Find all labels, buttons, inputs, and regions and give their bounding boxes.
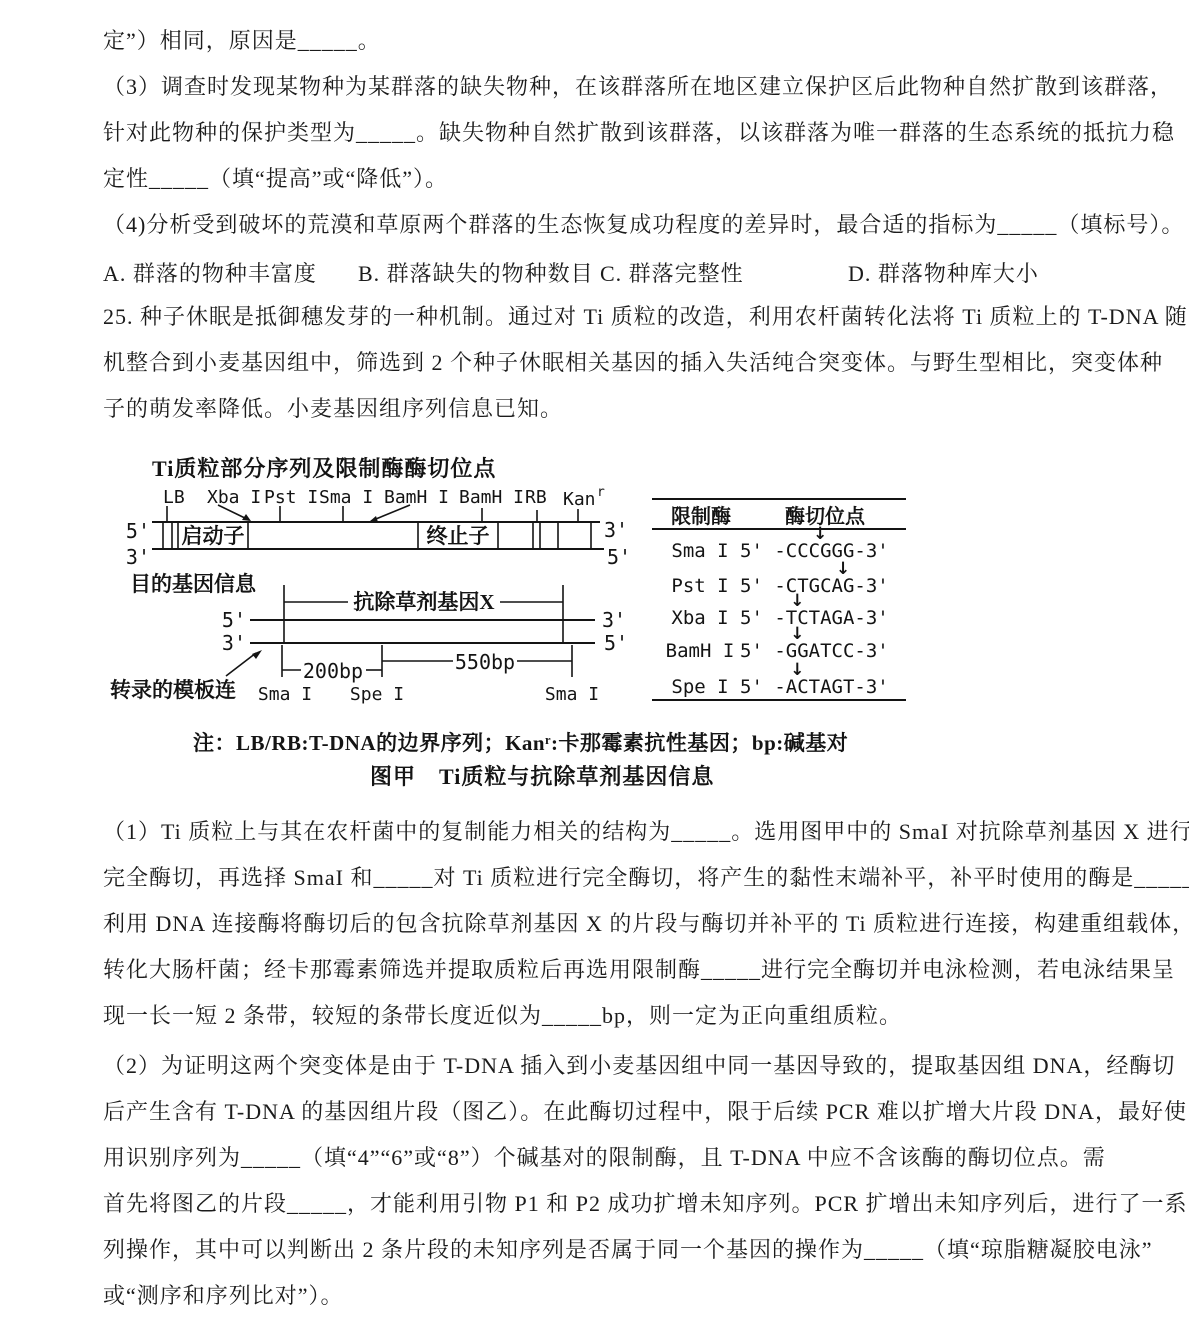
terminator-box-label: 终止子 bbox=[427, 524, 490, 548]
option-a: A. 群落的物种丰富度 bbox=[103, 257, 317, 288]
q25-part2-line3: 用识别序列为_____（填“4”“6”或“8”）个碱基对的限制酶，且 T-DNA… bbox=[103, 1144, 1103, 1172]
cut-site-arrow-icon: ↓ bbox=[836, 561, 850, 578]
q25-part2-line2: 后产生含有 T-DNA 的基因组片段（图乙）。在此酶切过程中，限于后续 PCR … bbox=[103, 1098, 1103, 1126]
enzyme-name: Spe I bbox=[656, 676, 744, 698]
q25-part2-line1: （2）为证明这两个突变体是由于 T-DNA 插入到小麦基因组中同一基因导致的，提… bbox=[103, 1052, 1103, 1080]
q25-part2-line5: 列操作，其中可以判断出 2 条片段的未知序列是否属于同一个基因的操作为_____… bbox=[103, 1236, 1103, 1264]
enzyme-name: BamH I bbox=[656, 640, 744, 662]
plasmid-left-5prime: 5' bbox=[126, 519, 150, 543]
label-smaI: Sma I bbox=[319, 487, 373, 508]
q25-part1-line5: 现一长一短 2 条带，较短的条带长度近似为_____bp，则一定为正向重组质粒。 bbox=[103, 1002, 1103, 1030]
label-kan-sup: r bbox=[597, 485, 605, 500]
q25-part1-line3: 利用 DNA 连接酶将酶切后的包含抗除草剂基因 X 的片段与酶切并补平的 Ti … bbox=[103, 910, 1103, 938]
template-strand-label: 转录的模板连 bbox=[110, 678, 236, 702]
cut-site-arrow-icon: ↓ bbox=[813, 526, 827, 543]
cut-site-arrow-icon: ↓ bbox=[790, 662, 804, 679]
table-header-border bbox=[652, 528, 906, 530]
enzyme-site-seq: 5' -ACTAGT-3' bbox=[740, 676, 889, 698]
herbicide-gene-label: 抗除草剂基因X bbox=[353, 590, 494, 614]
gene-site-speI: Spe I bbox=[350, 684, 404, 705]
distance-200bp: 200bp bbox=[303, 659, 363, 683]
q24-part3-line1: （3）调查时发现某物种为某群落的缺失物种，在该群落所在地区建立保护区后此物种自然… bbox=[103, 73, 1103, 101]
label-rb: RB bbox=[525, 487, 547, 508]
gene-right-3prime: 3' bbox=[602, 608, 626, 632]
gene-site-smaI-left: Sma I bbox=[258, 684, 312, 705]
q25-part2-line4: 首先将图乙的片段_____，才能利用引物 P1 和 P2 成功扩增未知序列。PC… bbox=[103, 1190, 1103, 1218]
q25-part1-line1: （1）Ti 质粒上与其在农杆菌中的复制能力相关的结构为_____。选用图甲中的 … bbox=[103, 818, 1103, 846]
q24-part4-line: （4)分析受到破坏的荒漠和草原两个群落的生态恢复成功程度的差异时，最合适的指标为… bbox=[103, 211, 1103, 239]
plasmid-right-5prime: 5' bbox=[607, 545, 631, 569]
distance-550bp: 550bp bbox=[455, 650, 515, 674]
xba-pointer-arrowhead bbox=[242, 514, 251, 521]
template-arrowhead bbox=[252, 650, 262, 659]
q25-intro-line2: 机整合到小麦基因组中，筛选到 2 个种子休眠相关基因的插入失活纯合突变体。与野生… bbox=[103, 349, 1103, 377]
enzyme-site-seq: 5' -TCTAGA-3' bbox=[740, 607, 889, 629]
figure-note: 注：LB/RB:T-DNA的边界序列；Kanʳ:卡那霉素抗性基因；bp:碱基对 bbox=[193, 727, 848, 757]
cut-site-arrow-icon: ↓ bbox=[790, 593, 804, 610]
gene-info-title: 目的基因信息 bbox=[130, 572, 257, 596]
label-pstI: Pst I bbox=[264, 487, 318, 508]
gene-left-5prime: 5' bbox=[222, 608, 246, 632]
gene-right-5prime: 5' bbox=[604, 631, 628, 655]
enzyme-name: Pst I bbox=[656, 575, 744, 597]
label-kan: Kan bbox=[563, 489, 596, 510]
exam-document-page: 定”）相同，原因是_____。 （3）调查时发现某物种为某群落的缺失物种，在该群… bbox=[0, 0, 1189, 1343]
option-d: D. 群落物种库大小 bbox=[848, 257, 1039, 288]
q24-part3-line3: 定性_____（填“提高”或“降低”）。 bbox=[103, 165, 1103, 193]
gene-left-3prime: 3' bbox=[222, 631, 246, 655]
q25-part1-line4: 转化大肠杆菌；经卡那霉素筛选并提取质粒后再选用限制酶_____进行完全酶切并电泳… bbox=[103, 956, 1103, 984]
promoter-box-label: 启动子 bbox=[182, 524, 245, 548]
enzyme-name: Sma I bbox=[656, 540, 744, 562]
q24-part3-line2: 针对此物种的保护类型为_____。缺失物种自然扩散到该群落，以该群落为唯一群落的… bbox=[103, 119, 1103, 147]
table-bottom-border bbox=[652, 699, 906, 701]
enzyme-site-seq: 5' -CTGCAG-3' bbox=[740, 575, 889, 597]
enzyme-name: Xba I bbox=[656, 607, 744, 629]
label-lb: LB bbox=[163, 487, 185, 508]
q24-tail-line: 定”）相同，原因是_____。 bbox=[103, 27, 1103, 55]
cut-site-arrow-icon: ↓ bbox=[790, 626, 804, 643]
ti-plasmid-title: Ti质粒部分序列及限制酶酶切位点 bbox=[152, 456, 496, 481]
q25-part1-line2: 完全酶切，再选择 SmaI 和_____对 Ti 质粒进行完全酶切，将产生的黏性… bbox=[103, 864, 1103, 892]
q25-part2-line6: 或“测序和序列比对”）。 bbox=[103, 1282, 1103, 1310]
label-xbaI: Xba I bbox=[207, 487, 261, 508]
option-b: B. 群落缺失的物种数目 bbox=[358, 257, 594, 288]
option-c: C. 群落完整性 bbox=[600, 257, 744, 288]
gene-site-smaI-right: Sma I bbox=[545, 684, 599, 705]
q25-intro-line3: 子的萌发率降低。小麦基因组序列信息已知。 bbox=[103, 395, 1103, 423]
figure-caption: 图甲 Ti质粒与抗除草剂基因信息 bbox=[370, 760, 714, 791]
label-bamhI-2: BamH I bbox=[459, 487, 524, 508]
figure-jia-diagram: Ti质粒部分序列及限制酶酶切位点 LB Xba I Pst I Sma I Ba… bbox=[0, 0, 1189, 1343]
plasmid-left-3prime: 3' bbox=[126, 545, 150, 569]
enzyme-site-seq: 5' -GGATCC-3' bbox=[740, 640, 889, 662]
restriction-enzyme-table: 限制酶 酶切位点 Sma I 5' -CCCGGG-3' ↓ Pst I 5' … bbox=[650, 488, 912, 706]
plasmid-right-3prime: 3' bbox=[604, 518, 628, 542]
table-header-enzyme: 限制酶 bbox=[656, 500, 746, 529]
bamh-pointer-arrowhead bbox=[369, 516, 378, 522]
q25-intro-line1: 25. 种子休眠是抵御穗发芽的一种机制。通过对 Ti 质粒的改造，利用农杆菌转化… bbox=[103, 303, 1103, 331]
label-bamhI-1: BamH I bbox=[384, 487, 449, 508]
